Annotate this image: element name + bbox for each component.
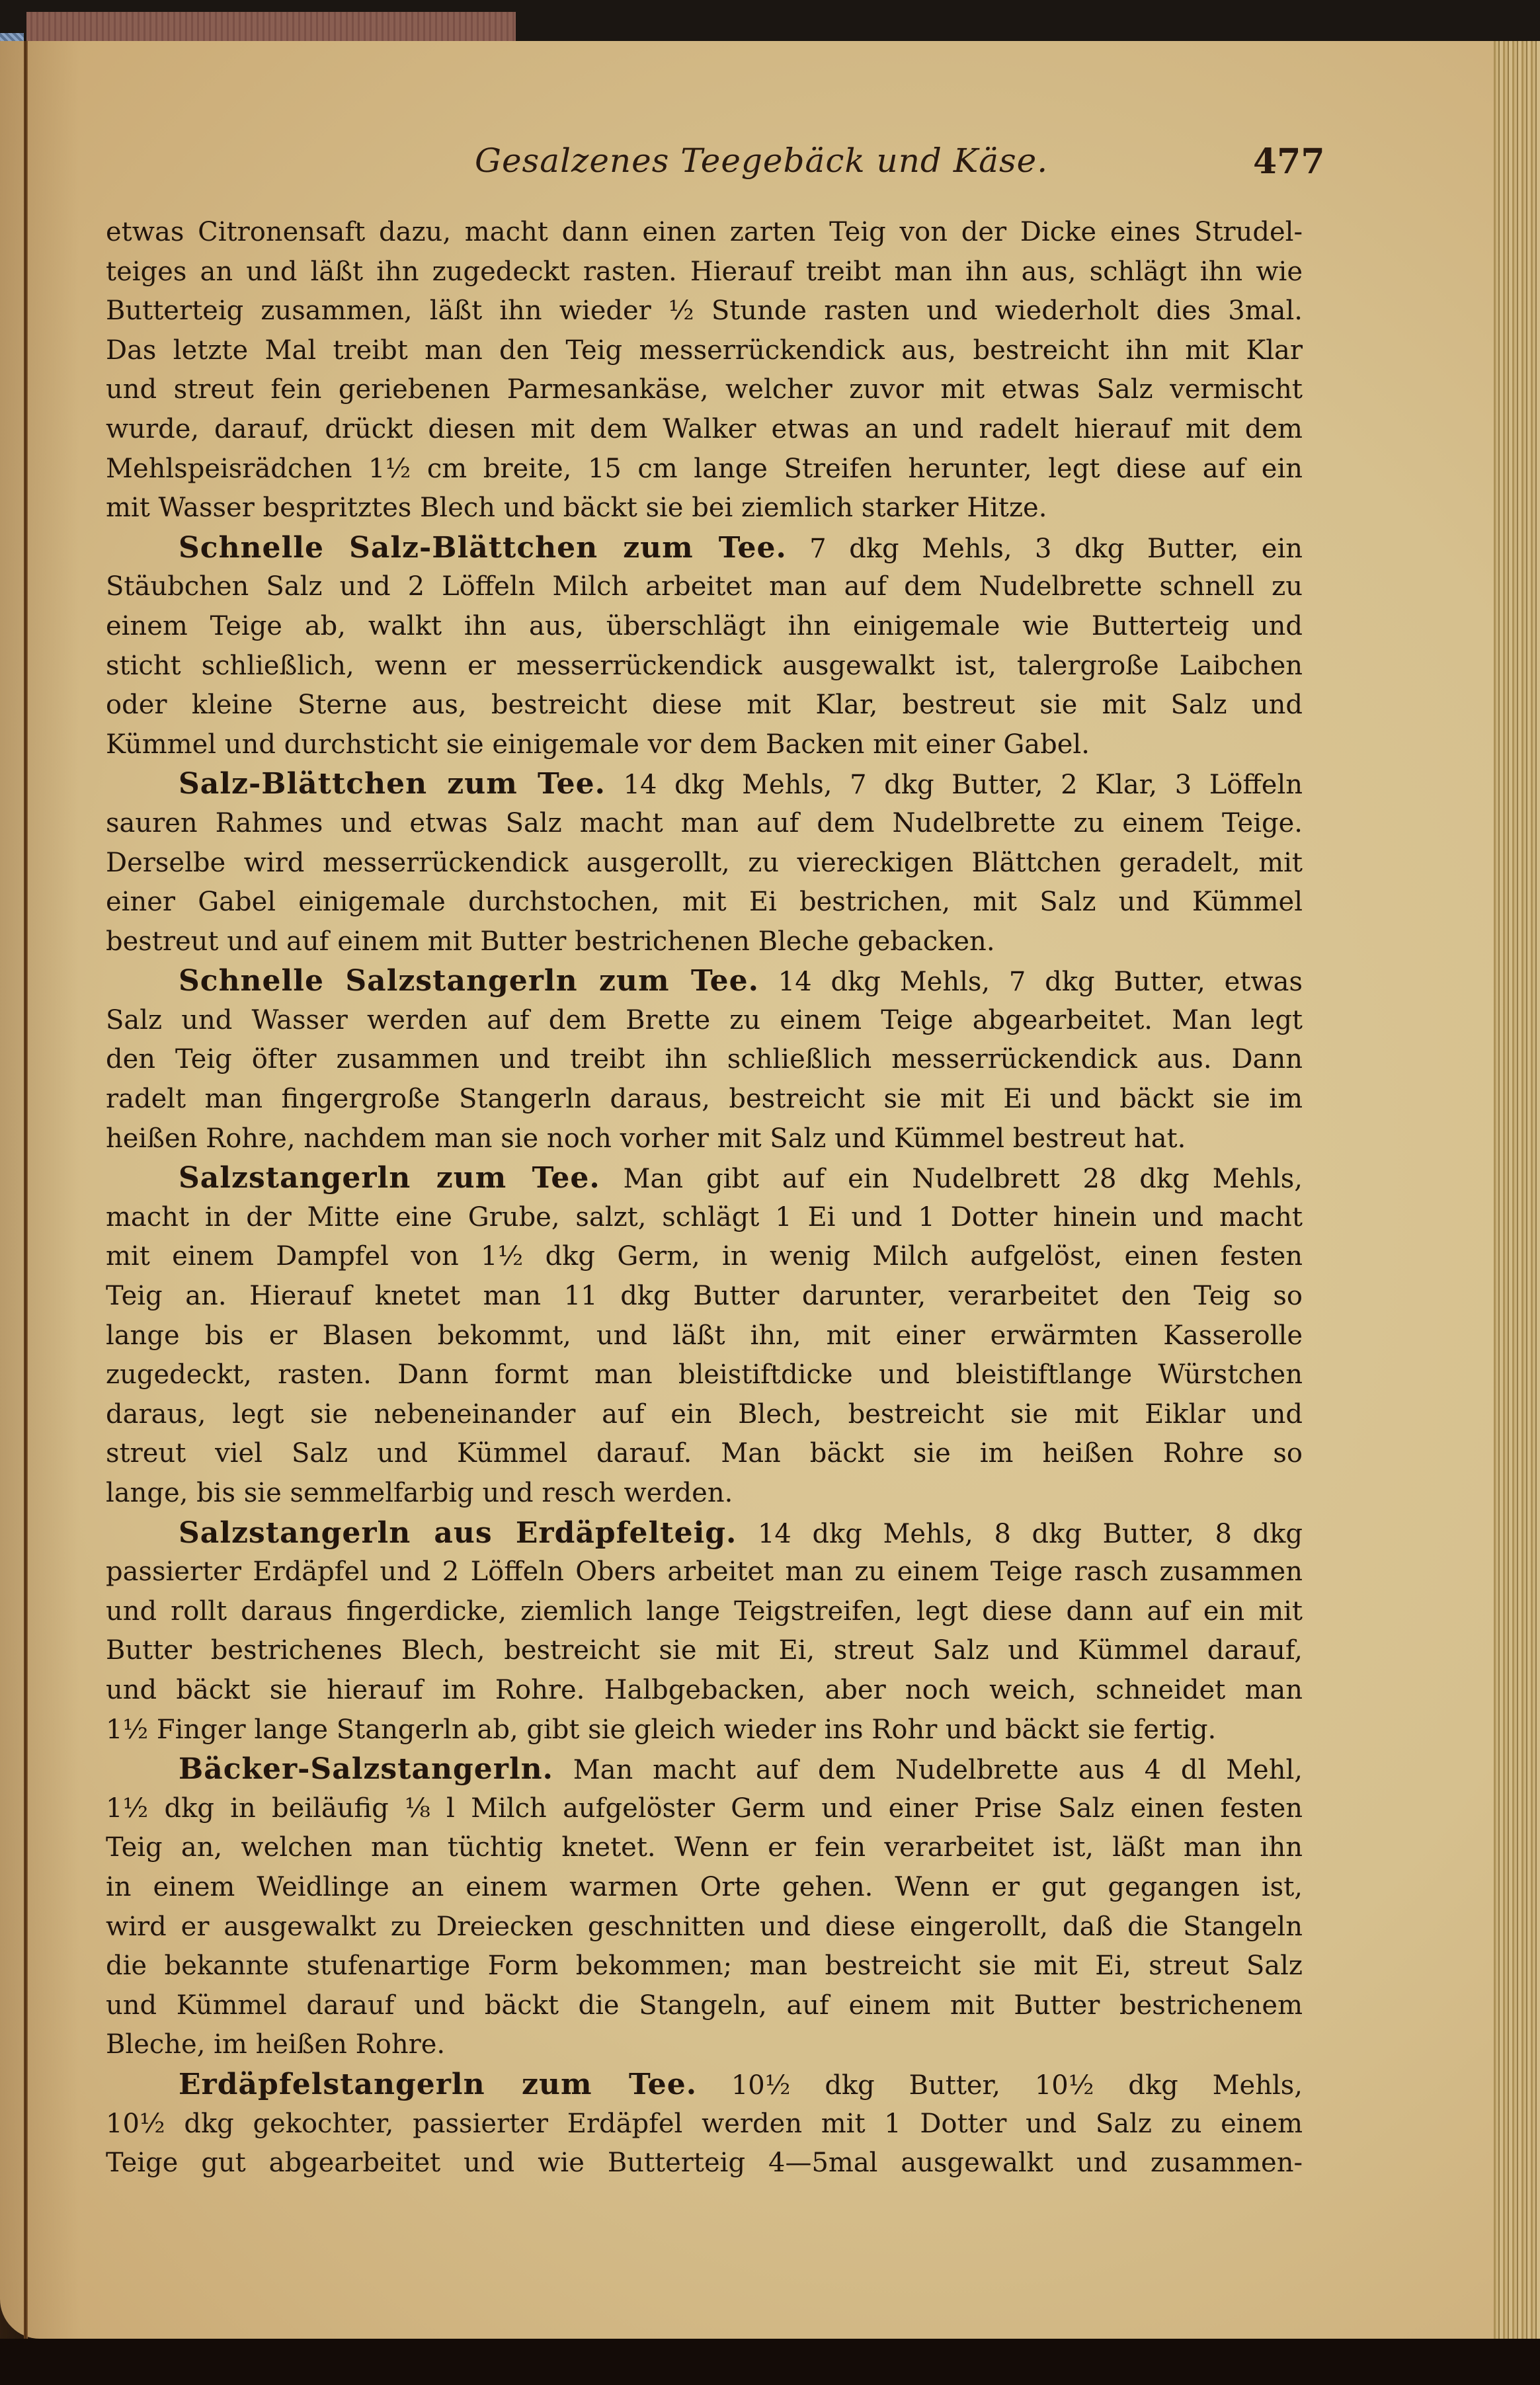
line-text: 1½ Finger lange Stangerln ab, gibt sie g…: [106, 1715, 1216, 1745]
line-text: wird er ausgewalkt zu Dreiecken geschnit…: [106, 1912, 1303, 1942]
text-line: Teig an. Hierauf knetet man 11 dkg Butte…: [106, 1277, 1303, 1316]
text-line: daraus, legt sie nebeneinander auf ein B…: [106, 1395, 1303, 1435]
page-number: 477: [1253, 141, 1325, 182]
text-line: den Teig öfter zusammen und treibt ihn s…: [106, 1040, 1303, 1080]
line-text: wurde, darauf, drückt diesen mit dem Wal…: [106, 414, 1303, 444]
line-text: 14 dkg Mehls, 7 dkg Butter, 2 Klar, 3 Lö…: [606, 770, 1303, 800]
text-line: Butter bestrichenes Blech, bestreicht si…: [106, 1631, 1303, 1671]
line-text: den Teig öfter zusammen und treibt ihn s…: [106, 1044, 1303, 1074]
line-text: 10½ dkg gekochter, passierter Erdäpfel w…: [106, 2109, 1303, 2139]
text-line: heißen Rohre, nachdem man sie noch vorhe…: [106, 1119, 1303, 1159]
line-text: daraus, legt sie nebeneinander auf ein B…: [106, 1399, 1303, 1430]
text-line: Butterteig zusammen, läßt ihn wieder ½ S…: [106, 292, 1303, 331]
text-line: mit einem Dampfel von 1½ dkg Germ, in we…: [106, 1237, 1303, 1277]
line-text: und Kümmel darauf und bäckt die Stangeln…: [106, 1990, 1303, 2021]
line-text: oder kleine Sterne aus, bestreicht diese…: [106, 690, 1303, 720]
recipe-title: Salzstangerln aus Erdäpfelteig.: [179, 1516, 737, 1550]
line-text: zugedeckt, rasten. Dann formt man bleist…: [106, 1359, 1303, 1390]
text-line: etwas Citronensaft dazu, macht dann eine…: [106, 213, 1303, 253]
recipe-heading-line: Erdäpfelstangerln zum Tee. 10½ dkg Butte…: [106, 2065, 1303, 2105]
line-text: teiges an und läßt ihn zugedeckt rasten.…: [106, 257, 1303, 287]
text-line: Teig an, welchen man tüchtig knetet. Wen…: [106, 1828, 1303, 1868]
line-text: lange, bis sie semmelfarbig und resch we…: [106, 1478, 733, 1508]
text-line: 10½ dkg gekochter, passierter Erdäpfel w…: [106, 2105, 1303, 2144]
line-text: und streut fein geriebenen Parmesankäse,…: [106, 374, 1303, 405]
line-text: und bäckt sie hierauf im Rohre. Halbgeba…: [106, 1675, 1303, 1705]
text-line: lange bis er Blasen bekommt, und läßt ih…: [106, 1316, 1303, 1356]
text-line: Bleche, im heißen Rohre.: [106, 2025, 1303, 2065]
line-text: radelt man fingergroße Stangerln daraus,…: [106, 1084, 1303, 1114]
recipe-title: Schnelle Salzstangerln zum Tee.: [179, 964, 759, 998]
line-text: Derselbe wird messerrückendick ausgeroll…: [106, 848, 1303, 878]
recipe-heading-line: Salz-Blättchen zum Tee. 14 dkg Mehls, 7 …: [106, 764, 1303, 804]
bookmark-ribbon: [26, 12, 516, 41]
line-text: Butter bestrichenes Blech, bestreicht si…: [106, 1635, 1303, 1666]
recipe-title: Bäcker-Salzstangerln.: [179, 1752, 553, 1786]
line-text: 14 dkg Mehls, 7 dkg Butter, etwas: [759, 967, 1303, 997]
text-line: Teige gut abgearbeitet und wie Buttertei…: [106, 2144, 1303, 2183]
line-text: mit einem Dampfel von 1½ dkg Germ, in we…: [106, 1241, 1303, 1272]
recipe-title: Erdäpfelstangerln zum Tee.: [179, 2068, 697, 2101]
line-text: Bleche, im heißen Rohre.: [106, 2029, 445, 2060]
line-text: streut viel Salz und Kümmel darauf. Man …: [106, 1438, 1303, 1469]
line-text: etwas Citronensaft dazu, macht dann eine…: [106, 217, 1303, 247]
line-text: lange bis er Blasen bekommt, und läßt ih…: [106, 1320, 1303, 1351]
text-line: einem Teige ab, walkt ihn aus, überschlä…: [106, 607, 1303, 647]
text-line: wurde, darauf, drückt diesen mit dem Wal…: [106, 410, 1303, 450]
text-line: zugedeckt, rasten. Dann formt man bleist…: [106, 1355, 1303, 1395]
recipe-heading-line: Salzstangerln zum Tee. Man gibt auf ein …: [106, 1158, 1303, 1198]
text-line: 1½ Finger lange Stangerln ab, gibt sie g…: [106, 1711, 1303, 1750]
line-text: heißen Rohre, nachdem man sie noch vorhe…: [106, 1123, 1186, 1154]
line-text: 1½ dkg in beiläufig ⅛ l Milch aufgelöste…: [106, 1793, 1303, 1824]
text-line: streut viel Salz und Kümmel darauf. Man …: [106, 1434, 1303, 1474]
text-line: radelt man fingergroße Stangerln daraus,…: [106, 1080, 1303, 1119]
line-text: passierter Erdäpfel und 2 Löffeln Obers …: [106, 1556, 1303, 1587]
text-line: Das letzte Mal treibt man den Teig messe…: [106, 331, 1303, 371]
body-text: etwas Citronensaft dazu, macht dann eine…: [106, 213, 1303, 2183]
line-text: einer Gabel einigemale durchstochen, mit…: [106, 887, 1303, 917]
text-line: einer Gabel einigemale durchstochen, mit…: [106, 883, 1303, 922]
text-line: Kümmel und durchsticht sie einigemale vo…: [106, 725, 1303, 765]
recipe-title: Salzstangerln zum Tee.: [179, 1161, 600, 1195]
recipe-heading-line: Salzstangerln aus Erdäpfelteig. 14 dkg M…: [106, 1514, 1303, 1553]
text-line: lange, bis sie semmelfarbig und resch we…: [106, 1474, 1303, 1514]
line-text: einem Teige ab, walkt ihn aus, überschlä…: [106, 611, 1303, 641]
recipe-heading-line: Schnelle Salzstangerln zum Tee. 14 dkg M…: [106, 961, 1303, 1001]
text-line: wird er ausgewalkt zu Dreiecken geschnit…: [106, 1908, 1303, 1947]
line-text: Teig an. Hierauf knetet man 11 dkg Butte…: [106, 1281, 1303, 1311]
text-line: macht in der Mitte eine Grube, salzt, sc…: [106, 1198, 1303, 1238]
line-text: Butterteig zusammen, läßt ihn wieder ½ S…: [106, 296, 1303, 326]
line-text: 14 dkg Mehls, 8 dkg Butter, 8 dkg: [737, 1519, 1303, 1549]
text-line: und bäckt sie hierauf im Rohre. Halbgeba…: [106, 1671, 1303, 1711]
page-edges: [1494, 41, 1540, 2339]
text-line: und Kümmel darauf und bäckt die Stangeln…: [106, 1986, 1303, 2026]
text-line: in einem Weidlinge an einem warmen Orte …: [106, 1868, 1303, 1908]
text-line: Stäubchen Salz und 2 Löffeln Milch arbei…: [106, 567, 1303, 607]
text-line: die bekannte stufenartige Form bekommen;…: [106, 1947, 1303, 1986]
line-text: Teige gut abgearbeitet und wie Buttertei…: [106, 2148, 1303, 2178]
recipe-heading-line: Schnelle Salz-Blättchen zum Tee. 7 dkg M…: [106, 528, 1303, 568]
recipe-title: Schnelle Salz-Blättchen zum Tee.: [179, 531, 787, 565]
text-line: und rollt daraus fingerdicke, ziemlich l…: [106, 1592, 1303, 1632]
line-text: mit Wasser bespritztes Blech und bäckt s…: [106, 493, 1047, 523]
line-text: Teig an, welchen man tüchtig knetet. Wen…: [106, 1832, 1303, 1863]
line-text: Man gibt auf ein Nudelbrett 28 dkg Mehls…: [600, 1164, 1303, 1194]
recipe-title: Salz-Blättchen zum Tee.: [179, 767, 606, 801]
text-line: Salz und Wasser werden auf dem Brette zu…: [106, 1001, 1303, 1041]
text-line: passierter Erdäpfel und 2 Löffeln Obers …: [106, 1553, 1303, 1592]
line-text: Stäubchen Salz und 2 Löffeln Milch arbei…: [106, 571, 1303, 602]
line-text: in einem Weidlinge an einem warmen Orte …: [106, 1872, 1303, 1902]
running-title: Gesalzenes Teegebäck und Käse.: [475, 141, 1048, 180]
text-line: teiges an und läßt ihn zugedeckt rasten.…: [106, 253, 1303, 292]
line-text: sticht schließlich, wenn er messerrücken…: [106, 651, 1303, 681]
line-text: sauren Rahmes und etwas Salz macht man a…: [106, 808, 1303, 838]
text-line: sticht schließlich, wenn er messerrücken…: [106, 647, 1303, 686]
line-text: Mehlspeisrädchen 1½ cm breite, 15 cm lan…: [106, 454, 1303, 484]
text-line: sauren Rahmes und etwas Salz macht man a…: [106, 804, 1303, 844]
running-head: Gesalzenes Teegebäck und Käse. 477: [0, 141, 1540, 194]
line-text: Salz und Wasser werden auf dem Brette zu…: [106, 1005, 1303, 1035]
text-line: bestreut und auf einem mit Butter bestri…: [106, 922, 1303, 962]
line-text: Man macht auf dem Nudelbrette aus 4 dl M…: [553, 1755, 1303, 1785]
recipe-heading-line: Bäcker-Salzstangerln. Man macht auf dem …: [106, 1750, 1303, 1789]
line-text: die bekannte stufenartige Form bekommen;…: [106, 1951, 1303, 1981]
text-line: oder kleine Sterne aus, bestreicht diese…: [106, 686, 1303, 725]
text-line: und streut fein geriebenen Parmesankäse,…: [106, 370, 1303, 410]
text-line: mit Wasser bespritztes Blech und bäckt s…: [106, 489, 1303, 528]
line-text: und rollt daraus fingerdicke, ziemlich l…: [106, 1596, 1303, 1627]
scan-background-top: [0, 0, 1540, 46]
text-line: 1½ dkg in beiläufig ⅛ l Milch aufgelöste…: [106, 1789, 1303, 1829]
page-gutter: [24, 41, 28, 2339]
line-text: Kümmel und durchsticht sie einigemale vo…: [106, 729, 1090, 760]
line-text: Das letzte Mal treibt man den Teig messe…: [106, 335, 1303, 366]
text-line: Derselbe wird messerrückendick ausgeroll…: [106, 844, 1303, 883]
line-text: 10½ dkg Butter, 10½ dkg Mehls,: [697, 2070, 1303, 2101]
line-text: 7 dkg Mehls, 3 dkg Butter, ein: [787, 534, 1303, 564]
gutter-shadow: [0, 41, 79, 2339]
text-line: Mehlspeisrädchen 1½ cm breite, 15 cm lan…: [106, 450, 1303, 489]
line-text: macht in der Mitte eine Grube, salzt, sc…: [106, 1202, 1303, 1233]
line-text: bestreut und auf einem mit Butter bestri…: [106, 926, 995, 957]
book-page: Gesalzenes Teegebäck und Käse. 477 etwas…: [0, 41, 1540, 2339]
